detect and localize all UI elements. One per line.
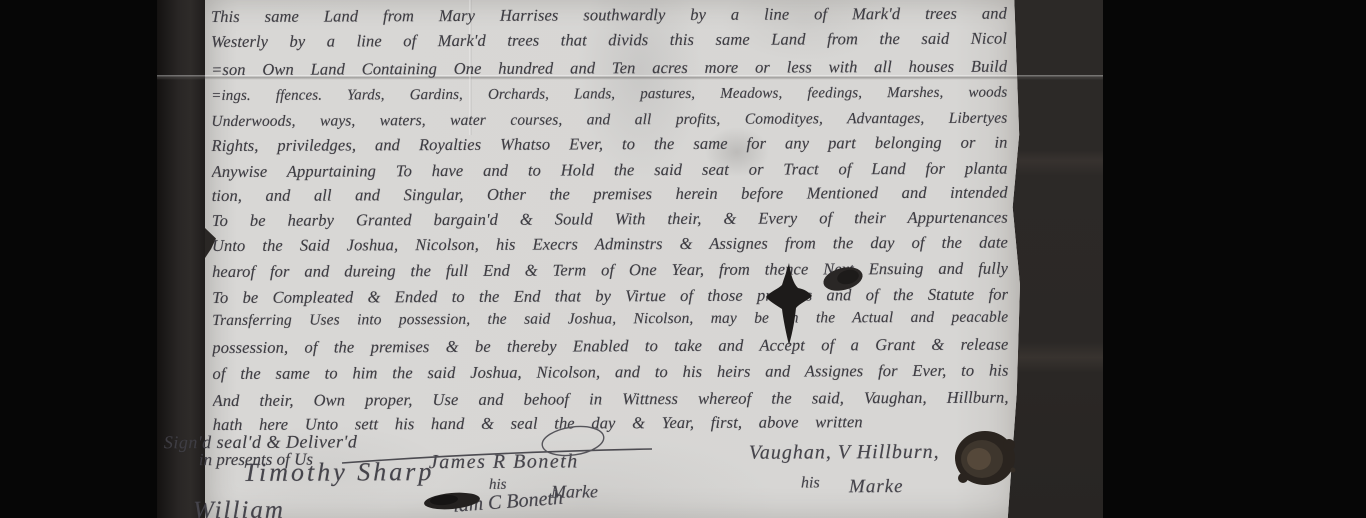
manuscript-line: tion, and all and Singular, Other the pr…: [212, 181, 1008, 208]
manuscript-line: possession, of the premises & be thereby…: [212, 333, 1008, 360]
manuscript-line: =ings. ffences. Yards, Gardins, Orchards…: [211, 81, 1007, 108]
manuscript-line: Westerly by a line of Mark'd trees that …: [211, 27, 1007, 54]
manuscript-line: Anywise Appurtaining To have and to Hold…: [212, 157, 1008, 184]
manuscript-text-block: This same Land from Mary Harrises southw…: [0, 0, 1366, 518]
manuscript-line: This same Land from Mary Harrises southw…: [211, 2, 1007, 29]
manuscript-line: Underwoods, ways, waters, water courses,…: [211, 107, 1007, 134]
manuscript-line: hearof for and dureing the full End & Te…: [212, 257, 1008, 284]
signature-james-boneth: James R Boneth: [429, 450, 579, 474]
vaughan-hillburn-mark-label-his: his: [801, 474, 820, 492]
scanned-deed-page: This same Land from Mary Harrises southw…: [0, 0, 1366, 518]
manuscript-line: of the same to him the said Joshua, Nico…: [212, 359, 1008, 386]
manuscript-line: =son Own Land Containing One hundred and…: [211, 55, 1007, 82]
signature-william-boneth-partial: iam C Boneth: [452, 487, 563, 518]
manuscript-line: And their, Own proper, Use and behoof in…: [213, 386, 1009, 413]
signature-william-partial: William: [193, 497, 285, 518]
manuscript-line: Rights, priviledges, and Royalties Whats…: [211, 131, 1007, 158]
signature-vaughan-hillburn: Vaughan, V Hillburn,: [749, 441, 940, 465]
manuscript-line: To be hearby Granted bargain'd & Sould W…: [212, 206, 1008, 233]
manuscript-line: Transferring Uses into possession, the s…: [212, 306, 1008, 333]
manuscript-line: Unto the Said Joshua, Nicolson, his Exec…: [212, 231, 1008, 258]
signature-timothy-sharp: Timothy Sharp: [243, 457, 435, 488]
vaughan-hillburn-mark-label-marke: Marke: [849, 476, 904, 498]
